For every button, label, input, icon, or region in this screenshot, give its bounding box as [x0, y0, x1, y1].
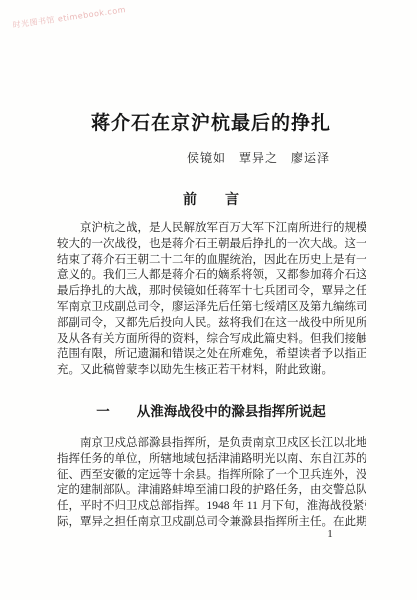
text-line: 结束了蒋介石王朝二十二年的血腥统治，因此在历史上是有一定 [57, 253, 366, 269]
text-line: 京沪杭之战，是人民解放军百万大军下江南所进行的规模比 [57, 221, 366, 237]
authors-byline: 侯镜如 覃异之 廖运泽 [56, 149, 330, 166]
preface-heading: 前 言 [56, 189, 366, 209]
text-line: 充。又此稿曾蒙李以劻先生核正若干材料，附此致谢。 [57, 363, 366, 379]
page-number: 1 [300, 528, 360, 540]
section-paragraph: 南京卫戍总部滁县指挥所，是负责南京卫戍区长江以北地域 指挥任务的单位，所辖地域包… [57, 436, 366, 531]
text-line: 征、西至安徽的定远等十余县。指挥所除了一个卫兵连外，没有固 [57, 468, 366, 484]
text-line: 意义的。我们三人都是蒋介石的嫡系将领，又都参加蒋介石这一 [57, 268, 366, 284]
text-line: 定的建制部队。津浦路蚌埠至浦口段的护路任务，由交警总队担 [57, 483, 366, 499]
text-line: 较大的一次战役，也是蒋介石王朝最后挣扎的一次大战。这一战 [57, 237, 366, 253]
text-line: 军南京卫戍副总司令，廖运泽先后任第七绥靖区及第九编练司令 [57, 300, 366, 316]
text-line: 任，平时不归卫戍总部指挥。1948 年 11 月下旬，淮海战役紧张之 [57, 499, 366, 515]
text-line: 南京卫戍总部滁县指挥所，是负责南京卫戍区长江以北地域 [57, 436, 366, 452]
page-title: 蒋介石在京沪杭最后的挣扎 [56, 108, 366, 135]
preface-paragraph: 京沪杭之战，是人民解放军百万大军下江南所进行的规模比 较大的一次战役，也是蒋介石… [57, 221, 366, 379]
scanned-book-page: 时光图书馆 etimebook.com 蒋介石在京沪杭最后的挣扎 侯镜如 覃异之… [0, 0, 417, 600]
text-line: 范围有限，所记遗漏和错误之处在所难免，希望读者予以指正补 [57, 347, 366, 363]
text-line: 指挥任务的单位，所辖地域包括津浦路明光以南、东自江苏的仪 [57, 452, 366, 468]
section-heading-chuxian-command-post: 一 从淮海战役中的滁县指挥所说起 [56, 400, 366, 420]
text-line: 部副司令，又都先后投向人民。兹将我们在这一战役中所见所闻， [57, 316, 366, 332]
text-line: 及从各有关方面所得的资料，综合写成此篇史料。但我们接触的 [57, 332, 366, 348]
text-line: 最后挣扎的大战，那时侯镜如任蒋军十七兵团司令，覃异之任蒋 [57, 284, 366, 300]
library-watermark: 时光图书馆 etimebook.com [12, 4, 127, 31]
